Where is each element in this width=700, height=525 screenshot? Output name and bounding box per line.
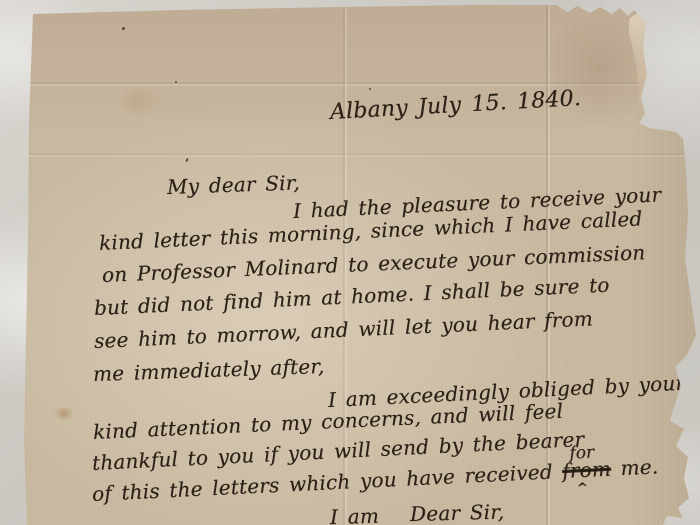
ink-speck bbox=[369, 88, 371, 90]
correction-group: forfrom^ bbox=[562, 457, 612, 483]
letter-closing-end: Dear Sir, bbox=[410, 500, 505, 525]
inserted-word: for bbox=[569, 442, 595, 463]
letter-dateline: Albany July 15. 1840. bbox=[329, 86, 581, 125]
pen-mark bbox=[185, 158, 188, 162]
letter-closing-start: I am bbox=[330, 504, 380, 525]
letter-paper: Albany July 15. 1840. My dear Sir, I had… bbox=[0, 0, 700, 525]
foxing-stain bbox=[118, 86, 160, 118]
letter-salutation: My dear Sir, bbox=[167, 170, 301, 199]
letter-line: me immediately after, bbox=[93, 354, 325, 386]
ink-speck bbox=[122, 27, 125, 30]
torn-fold-tab bbox=[626, 8, 658, 130]
photo-of-letter: Albany July 15. 1840. My dear Sir, I had… bbox=[0, 0, 700, 525]
insertion-caret: ^ bbox=[577, 481, 589, 497]
ink-speck bbox=[175, 81, 177, 83]
correction-after: me. bbox=[610, 454, 658, 480]
foxing-stain bbox=[54, 406, 74, 421]
